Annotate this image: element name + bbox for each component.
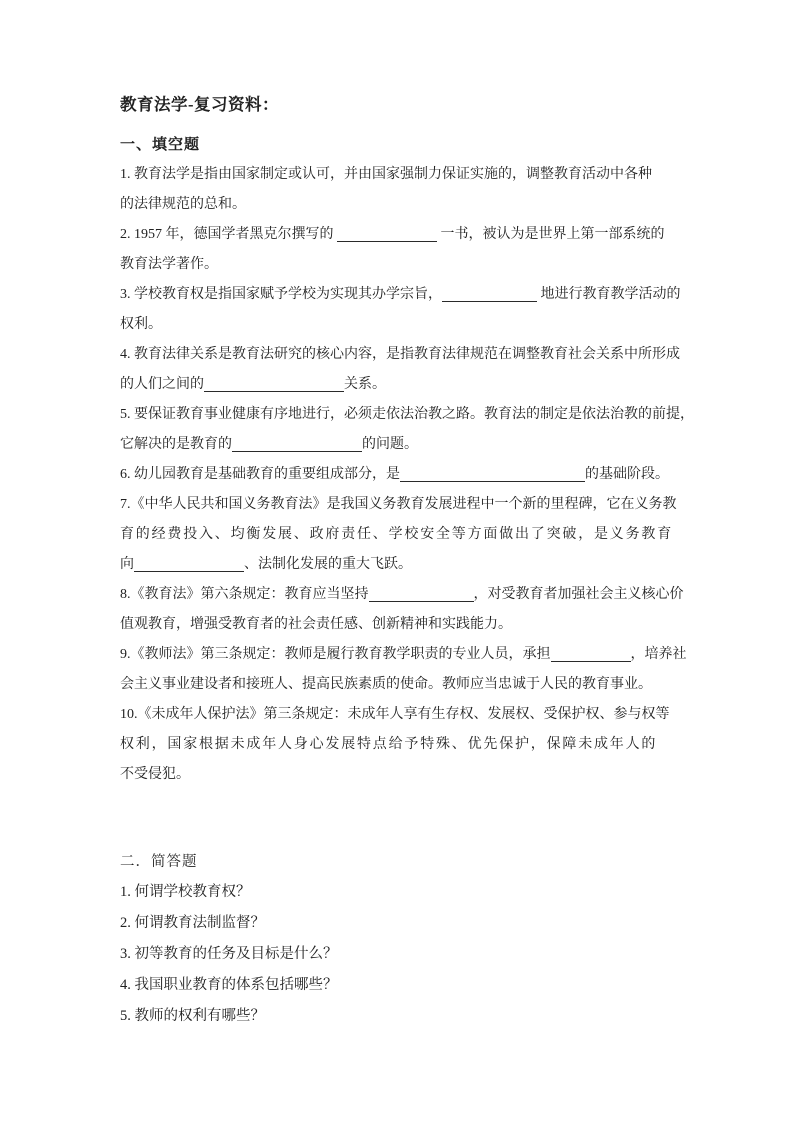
text-run: 、法制化发展的重大飞跃。	[244, 557, 412, 572]
text-line: 5. 教师的权利有哪些？	[120, 1001, 685, 1032]
text-line: 2. 1957 年，德国学者黑克尔撰写的 一书，被认为是世界上第一部系统的	[120, 220, 685, 250]
text-run: 8.《教育法》第六条规定：教育应当坚持	[120, 587, 369, 602]
text-run: ，对受教育者加强社会主义核心价	[474, 587, 684, 602]
text-run: 育的经费投入、均衡发展、政府责任、学校安全等方面做出了突破，是义务教育	[120, 527, 673, 542]
fill-in-blank-underline	[442, 301, 537, 302]
text-line: 2. 何谓教育法制监督？	[120, 908, 685, 939]
text-run: 教育法学著作。	[120, 257, 218, 272]
text-run: 4. 我国职业教育的体系包括哪些？	[120, 977, 338, 993]
fill-in-blank-underline	[232, 451, 362, 452]
text-line: 4. 我国职业教育的体系包括哪些？	[120, 970, 685, 1001]
section-fill-in-blanks: 一、填空题 1. 教育法学是指由国家制定或认可，并由国家强制力保证实施的，调整教…	[120, 130, 685, 790]
text-run: 5. 教师的权利有哪些？	[120, 1008, 265, 1024]
text-line: 8.《教育法》第六条规定：教育应当坚持，对受教育者加强社会主义核心价	[120, 580, 685, 610]
text-run: 7.《中华人民共和国义务教育法》是我国义务教育发展进程中一个新的里程碑，它在义务…	[120, 497, 677, 512]
text-run: 6. 幼儿园教育是基础教育的重要组成部分，是	[120, 467, 400, 482]
section-short-answer: 二．简答题 1. 何谓学校教育权？2. 何谓教育法制监督？3. 初等教育的任务及…	[120, 847, 685, 1032]
text-run: 地进行教育教学活动的	[537, 287, 681, 302]
text-line: 向、法制化发展的重大飞跃。	[120, 550, 685, 580]
text-line: 会主义事业建设者和接班人、提高民族素质的使命。教师应当忠诚于人民的教育事业。	[120, 670, 685, 700]
document-content: 教育法学-复习资料： 一、填空题 1. 教育法学是指由国家制定或认可，并由国家强…	[0, 0, 793, 1032]
section-heading-fill-in-blanks: 一、填空题	[120, 130, 685, 160]
section-heading-short-answer: 二．简答题	[120, 847, 685, 877]
text-line: 4. 教育法律关系是教育法研究的核心内容，是指教育法律规范在调整教育社会关系中所…	[120, 340, 685, 370]
text-line: 3. 学校教育权是指国家赋予学校为实现其办学宗旨， 地进行教育教学活动的	[120, 280, 685, 310]
document-title: 教育法学-复习资料：	[120, 90, 685, 120]
text-line: 1. 教育法学是指由国家制定或认可，并由国家强制力保证实施的，调整教育活动中各种	[120, 160, 685, 190]
text-run: 的问题。	[362, 437, 418, 452]
text-run: 会主义事业建设者和接班人、提高民族素质的使命。教师应当忠诚于人民的教育事业。	[120, 677, 652, 692]
text-run: 向	[120, 557, 134, 572]
text-run: 3. 学校教育权是指国家赋予学校为实现其办学宗旨，	[120, 287, 442, 302]
text-run: 5. 要保证教育事业健康有序地进行，必须走依法治教之路。教育法的制定是依法治教的…	[120, 407, 694, 422]
text-run: 4. 教育法律关系是教育法研究的核心内容，是指教育法律规范在调整教育社会关系中所…	[120, 347, 680, 362]
text-line: 的法律规范的总和。	[120, 190, 685, 220]
text-run: ，培养社	[631, 647, 687, 662]
text-run: 9.《教师法》第三条规定：教师是履行教育教学职责的专业人员，承担	[120, 647, 551, 662]
text-line: 教育法学著作。	[120, 250, 685, 280]
text-run: 值观教育，增强受教育者的社会责任感、创新精神和实践能力。	[120, 617, 512, 632]
text-run: 的人们之间的	[120, 377, 204, 392]
fill-in-blank-underline	[204, 391, 344, 392]
text-run: 的基础阶段。	[585, 467, 669, 482]
fill-in-blank-underline	[337, 241, 437, 242]
text-line: 育的经费投入、均衡发展、政府责任、学校安全等方面做出了突破，是义务教育	[120, 520, 685, 550]
text-line: 7.《中华人民共和国义务教育法》是我国义务教育发展进程中一个新的里程碑，它在义务…	[120, 490, 685, 520]
text-run: 的法律规范的总和。	[120, 197, 246, 212]
text-line: 它解决的是教育的的问题。	[120, 430, 685, 460]
text-line: 值观教育，增强受教育者的社会责任感、创新精神和实践能力。	[120, 610, 685, 640]
text-line: 5. 要保证教育事业健康有序地进行，必须走依法治教之路。教育法的制定是依法治教的…	[120, 400, 685, 430]
text-line: 9.《教师法》第三条规定：教师是履行教育教学职责的专业人员，承担，培养社	[120, 640, 685, 670]
text-run: 关系。	[344, 377, 386, 392]
fill-in-blank-underline	[400, 481, 585, 482]
text-run: 权利，国家根据未成年人身心发展特点给予特殊、优先保护，保障未成年人的	[120, 737, 657, 752]
document-page: 教育法学-复习资料： 一、填空题 1. 教育法学是指由国家制定或认可，并由国家强…	[0, 0, 793, 1122]
text-run: 3. 初等教育的任务及目标是什么？	[120, 946, 338, 962]
text-line: 不受侵犯。	[120, 760, 685, 790]
fill-in-blank-underline	[551, 661, 631, 662]
text-line: 权利。	[120, 310, 685, 340]
text-line: 权利，国家根据未成年人身心发展特点给予特殊、优先保护，保障未成年人的	[120, 730, 685, 760]
text-run: 权利。	[120, 317, 162, 332]
text-run: 1. 教育法学是指由国家制定或认可，并由国家强制力保证实施的，调整教育活动中各种	[120, 167, 652, 182]
text-line: 的人们之间的关系。	[120, 370, 685, 400]
text-line: 3. 初等教育的任务及目标是什么？	[120, 939, 685, 970]
fill-in-blank-underline	[134, 571, 244, 572]
text-line: 10.《未成年人保护法》第三条规定：未成年人享有生存权、发展权、受保护权、参与权…	[120, 700, 685, 730]
text-run: 10.《未成年人保护法》第三条规定：未成年人享有生存权、发展权、受保护权、参与权…	[120, 707, 670, 722]
text-run: 它解决的是教育的	[120, 437, 232, 452]
fill-in-blanks-lines: 1. 教育法学是指由国家制定或认可，并由国家强制力保证实施的，调整教育活动中各种…	[120, 160, 685, 790]
short-answer-lines: 1. 何谓学校教育权？2. 何谓教育法制监督？3. 初等教育的任务及目标是什么？…	[120, 877, 685, 1032]
text-line: 6. 幼儿园教育是基础教育的重要组成部分，是的基础阶段。	[120, 460, 685, 490]
text-run: 一书，被认为是世界上第一部系统的	[437, 227, 665, 242]
fill-in-blank-underline	[369, 601, 474, 602]
text-line: 1. 何谓学校教育权？	[120, 877, 685, 908]
text-run: 1. 何谓学校教育权？	[120, 884, 251, 900]
text-run: 2. 何谓教育法制监督？	[120, 915, 265, 931]
text-run: 2. 1957 年，德国学者黑克尔撰写的	[120, 227, 337, 242]
text-run: 不受侵犯。	[120, 767, 190, 782]
